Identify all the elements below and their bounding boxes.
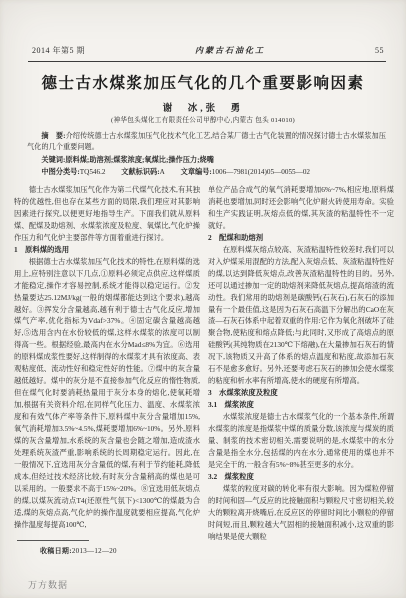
received-date: 收稿日期:2013—12—20 — [40, 546, 117, 556]
body-paragraph: 根据德士古水煤浆加压气化技术的特性,在原料煤的选用上,应特别注意以下几点,①原料… — [14, 256, 200, 531]
section-heading: 2 配煤和助熔剂 — [208, 232, 394, 244]
body-paragraph: 煤浆的粒度对碳的转化率有很大影响。因为煤粒停留的时间和固—气反应的比接触面积与颗… — [208, 483, 394, 543]
body-paragraph: 德士古水煤浆加压气化作为第二代煤气化技术,有其独特的优越性,但也存在某些方面的局… — [14, 184, 200, 244]
keywords-text: 原料煤;助溶剂;煤浆浓度;氧煤比;操作压力;烧嘴 — [65, 156, 214, 164]
header-divider — [28, 61, 386, 62]
affiliation: (神华包头煤化工有限责任公司甲醇中心,内蒙古 包头 014010) — [0, 114, 406, 124]
doc-code-value: A — [160, 168, 165, 176]
meta-line: 中图分类号:TQ546.2 文献标识码:A 文章编号:1006—7981(201… — [27, 167, 386, 178]
abstract: 摘 要:介绍传统德士古水煤浆加压气化技术气化工艺,结合某厂德士古气化装置的情况探… — [27, 131, 386, 154]
article-title: 德士古水煤浆加压气化的几个重要影响因素 — [0, 71, 406, 93]
section-heading: 3 水煤浆浓度及粒度 — [208, 387, 394, 399]
clc-label: 中图分类号: — [41, 168, 79, 176]
section-heading: 3.2 煤浆粒度 — [208, 471, 394, 483]
abstract-label: 摘 要: — [41, 132, 65, 140]
body-paragraph: 在原料煤灰熔点较高、灰渣粘温特性较差时,我们可以对入炉煤采用混配的方法,配入灰熔… — [208, 244, 394, 387]
section-heading: 1 原料煤的选用 — [14, 244, 200, 256]
issue-label: 2014 年第5 期 — [32, 45, 85, 56]
authors: 谢 冰,张 勇 — [0, 100, 406, 114]
body-paragraph: 单位产品合成气的氧气消耗要增加6%~7%,相应地,原料煤消耗也要增加,同时还会影… — [208, 184, 394, 232]
front-matter: 摘 要:介绍传统德士古水煤浆加压气化技术气化工艺,结合某厂德士古气化装置的情况探… — [27, 131, 386, 179]
left-column: 德士古水煤浆加压气化作为第二代煤气化技术,有其独特的优越性,但也存在某些方面的局… — [14, 184, 200, 543]
page-number: 55 — [375, 46, 384, 55]
doc-code-label: 文献标识码: — [121, 168, 159, 176]
body-paragraph: 水煤浆浓度是德士古水煤浆气化的一个基本条件,所谓水煤浆的浓度是指煤浆中煤的质量分… — [208, 411, 394, 471]
abstract-text: 介绍传统德士古水煤浆加压气化技术气化工艺,结合某厂德士古气化装置的情况探讨德士古… — [27, 132, 386, 151]
footnote-divider — [17, 540, 89, 541]
scanned-paper-page: 2014 年第5 期 内蒙古石油化工 55 德士古水煤浆加压气化的几个重要影响因… — [0, 0, 406, 598]
running-header: 2014 年第5 期 内蒙古石油化工 55 — [32, 45, 384, 56]
keywords-label: 关键词: — [41, 156, 65, 164]
right-column: 单位产品合成气的氧气消耗要增加6%~7%,相应地,原料煤消耗也要增加,同时还会影… — [208, 184, 394, 543]
journal-title: 内蒙古石油化工 — [195, 45, 265, 56]
keywords: 关键词:原料煤;助溶剂;煤浆浓度;氧煤比;操作压力;烧嘴 — [27, 155, 386, 166]
body-columns: 德士古水煤浆加压气化作为第二代煤气化技术,有其独特的优越性,但也存在某些方面的局… — [14, 184, 394, 543]
article-no-value: 1006—7981(2014)05—0055—02 — [212, 168, 310, 176]
clc-value: TQ546.2 — [80, 168, 106, 176]
article-no-label: 文章编号: — [181, 168, 212, 176]
section-heading: 3.1 煤浆浓度 — [208, 399, 394, 411]
received-date-label: 收稿日期: — [40, 547, 72, 555]
wanfang-watermark: 万方数据 — [28, 578, 68, 591]
received-date-value: 2013—12—20 — [72, 547, 117, 555]
